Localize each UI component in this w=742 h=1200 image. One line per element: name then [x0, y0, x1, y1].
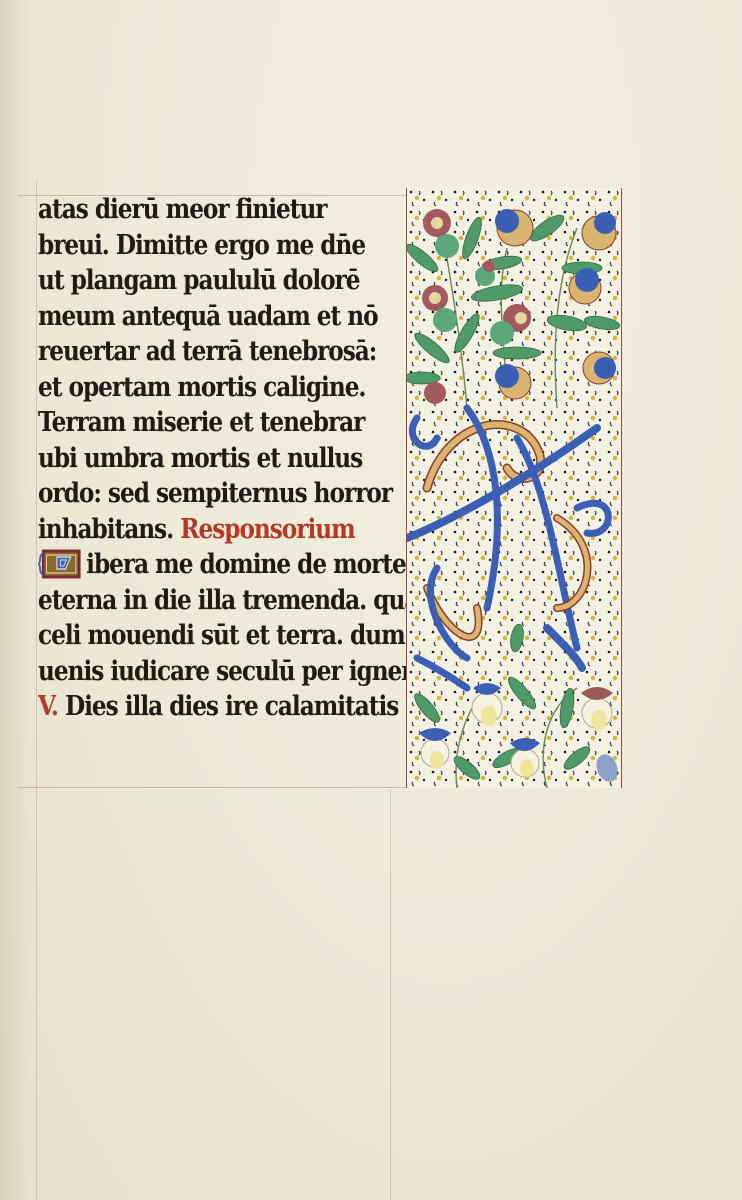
ruling-line-gutter	[390, 790, 391, 1200]
initial-l-icon	[38, 549, 83, 579]
text-line: ordo: sed sempiternus horror	[38, 476, 408, 512]
text-line: atas dierū meor finietur	[38, 192, 408, 228]
text-line: breui. Dimitte ergo me dn̄e	[38, 228, 408, 264]
text-column: atas dierū meor finietur breui. Dimitte …	[38, 192, 408, 725]
text-segment: Dies illa dies ire calamitatis	[65, 691, 398, 722]
parchment-leaf: atas dierū meor finietur breui. Dimitte …	[0, 0, 742, 1200]
text-line: meum antequā uadam et nō	[38, 299, 408, 335]
text-line: celi mouendi sūt et terra. dum	[38, 618, 408, 654]
floral-acanthus-border-icon	[407, 188, 621, 788]
text-line: inhabitans. Responsorium	[38, 512, 408, 548]
ruling-line-left	[36, 180, 37, 1200]
text-line: et opertam mortis caligine.	[38, 370, 408, 406]
text-segment: inhabitans.	[38, 514, 173, 545]
text-line: Terram miserie et tenebrar	[38, 405, 408, 441]
text-line: ubi umbra mortis et nullus	[38, 441, 408, 477]
text-line: ut plangam paululū dolorē	[38, 263, 408, 299]
illuminated-initial	[38, 549, 83, 579]
text-line: eterna in die illa tremenda. quādo	[38, 583, 408, 619]
text-segment: ibera me domine de morte	[86, 549, 406, 580]
ruling-line-bottom	[18, 787, 408, 788]
text-line: ibera me domine de morte	[38, 547, 408, 583]
text-line: uenis iudicare seculū per ignem.	[38, 654, 408, 690]
decorated-border-panel	[406, 188, 622, 788]
rubric-responsorium: Responsorium	[180, 514, 354, 545]
text-line: V. Dies illa dies ire calamitatis	[38, 689, 408, 725]
text-line: reuertar ad terrā tenebrosā:	[38, 334, 408, 370]
rubric-versicle: V.	[38, 691, 58, 722]
